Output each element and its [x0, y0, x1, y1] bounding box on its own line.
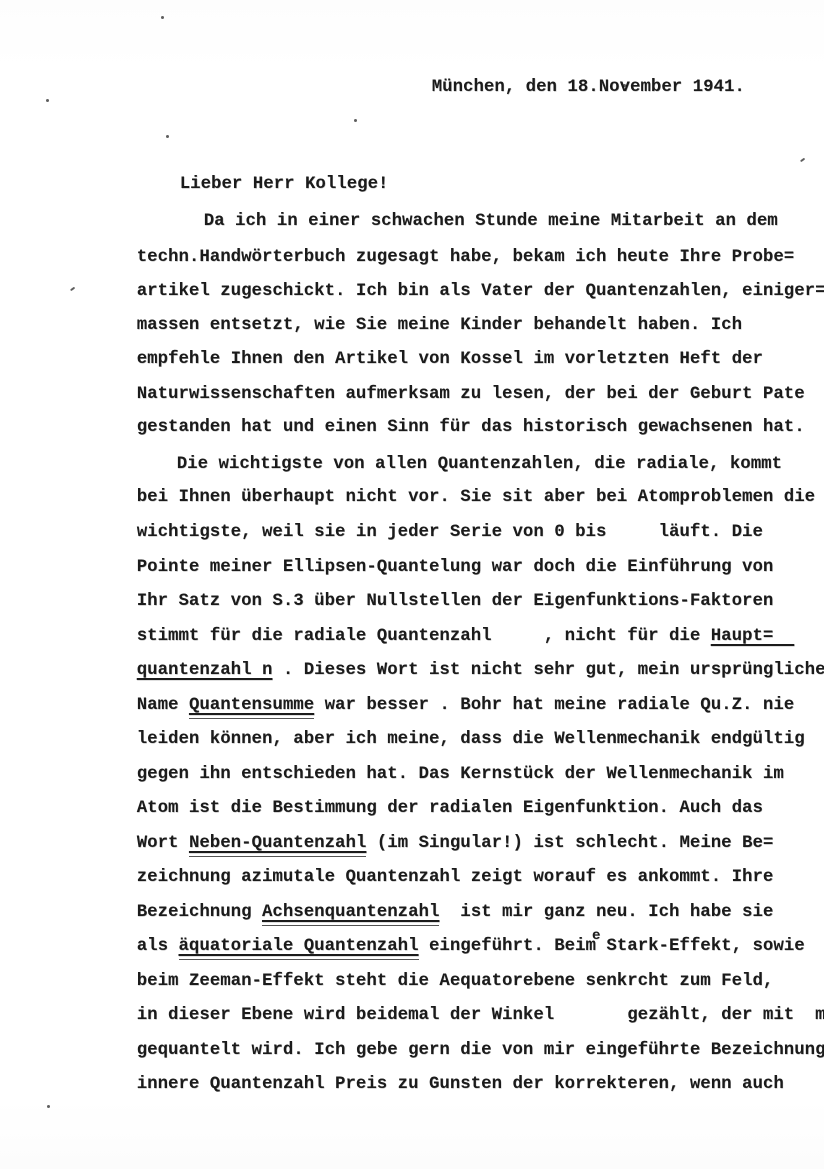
scan-noise-dot — [47, 1105, 50, 1108]
letter-page: München, den 18.November 1941. Lieber He… — [0, 0, 824, 1169]
scan-noise-tick — [70, 287, 75, 291]
dateline-text: München, den 18.November 1941. — [432, 78, 745, 97]
scan-noise-dot — [166, 135, 169, 138]
inserted-e-correction: e — [592, 928, 600, 944]
dateline: München, den 18.November 1941. — [390, 55, 745, 121]
scan-noise-dot — [161, 16, 164, 19]
scan-noise-tick — [800, 158, 805, 162]
scan-noise-dot — [354, 119, 357, 122]
text-segment: innere Quantenzahl Preis zu Gunsten der … — [137, 1075, 784, 1094]
letter-line: innere Quantenzahl Preis zu Gunsten der … — [95, 1052, 784, 1118]
scan-noise-dot — [46, 99, 49, 102]
